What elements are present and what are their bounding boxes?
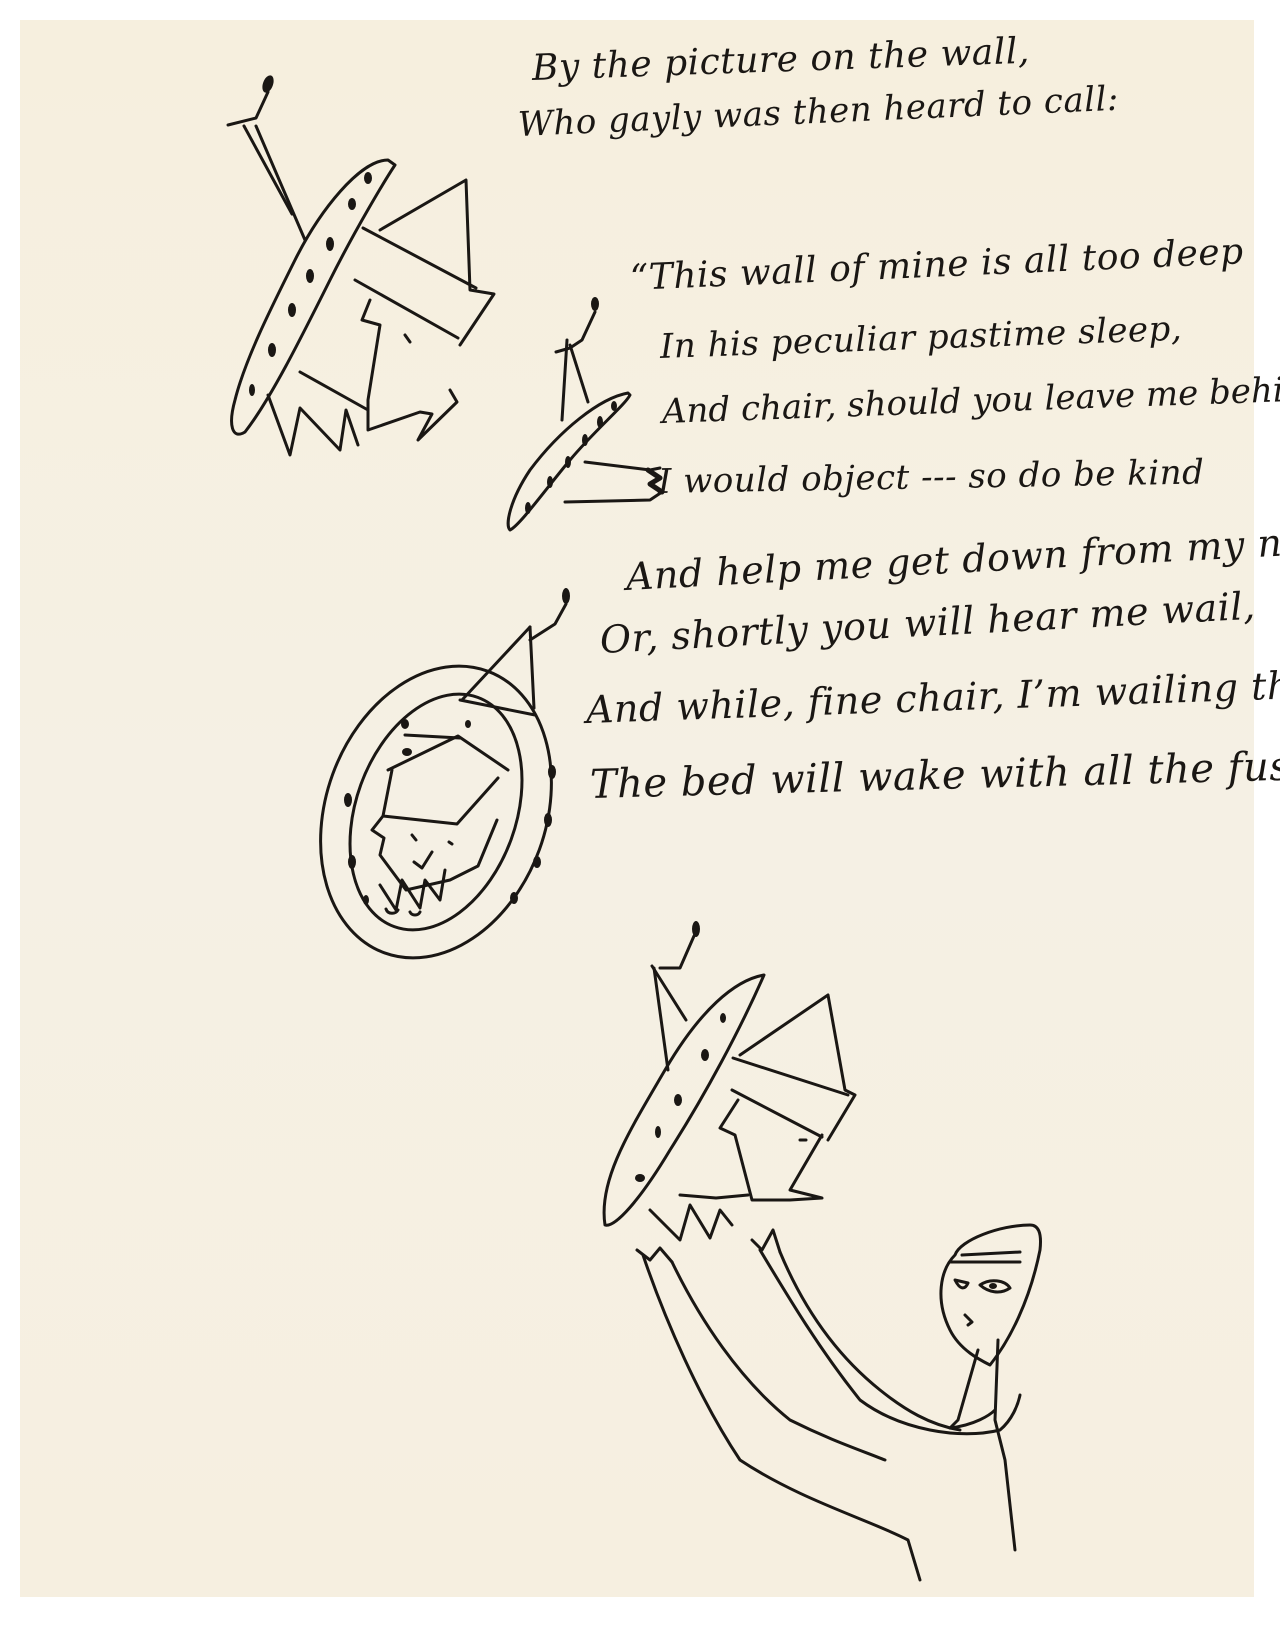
illustration-portrait-oval-center (281, 588, 590, 991)
illustration-portrait-and-figure-bottom (604, 921, 1040, 1580)
illustration-portrait-top-left (228, 74, 494, 455)
illustration-small-chair (508, 297, 662, 530)
